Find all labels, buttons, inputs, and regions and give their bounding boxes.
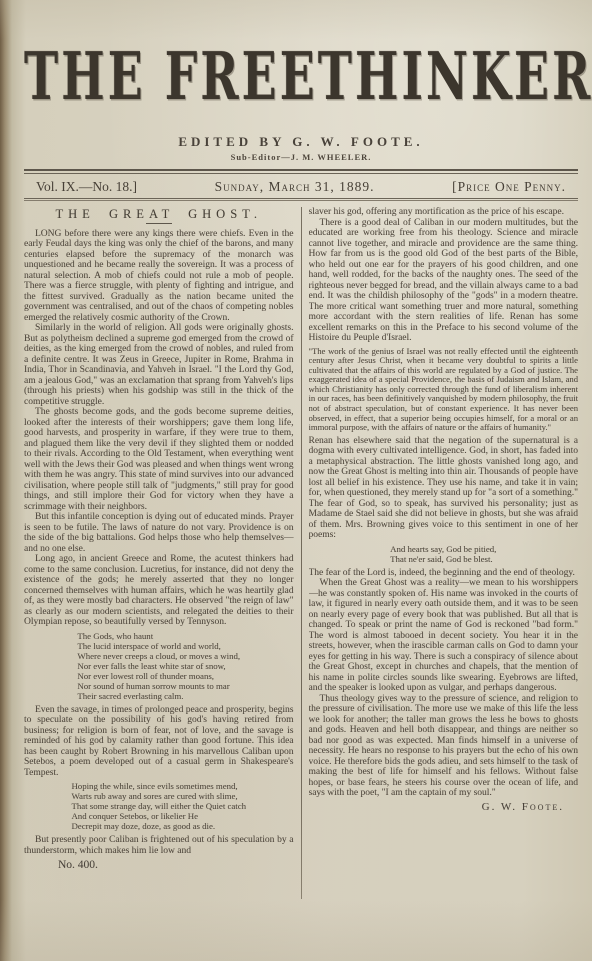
quote-renan: "The work of the genius of Israel was no… bbox=[309, 347, 579, 433]
verse-tennyson: The Gods, who haunt The lucid interspace… bbox=[77, 631, 240, 701]
issue-date: Sunday, March 31, 1889. bbox=[215, 179, 375, 195]
article-columns: THE GREAT GHOST. LONG before there were … bbox=[24, 207, 578, 899]
column-divider bbox=[301, 207, 302, 899]
paragraph: Thus theology gives way to the pressure … bbox=[309, 694, 579, 799]
paragraph: slaver his god, offering any mortificati… bbox=[309, 207, 579, 218]
column-right: slaver his god, offering any mortificati… bbox=[309, 207, 579, 899]
paragraph: When the Great Ghost was a reality—we me… bbox=[309, 578, 579, 694]
article-title: THE GREAT GHOST. bbox=[24, 209, 294, 220]
verse-browning-poem: And hearts say, God be pitied, That ne'e… bbox=[390, 544, 496, 564]
masthead: THE FREETHINKER EDITED BY G. W. FOOTE. S… bbox=[24, 36, 578, 174]
page-footer-number: No. 400. bbox=[58, 860, 294, 871]
issue-price: [Price One Penny. bbox=[452, 179, 566, 195]
edited-by-line: EDITED BY G. W. FOOTE. bbox=[24, 134, 578, 150]
paragraph: Renan has elsewhere said that the negati… bbox=[309, 436, 579, 541]
newspaper-page: THE FREETHINKER EDITED BY G. W. FOOTE. S… bbox=[0, 0, 592, 961]
column-left: THE GREAT GHOST. LONG before there were … bbox=[24, 207, 294, 899]
article-signature: G. W. Foote. bbox=[309, 802, 579, 813]
paragraph: The ghosts become gods, and the gods bec… bbox=[24, 407, 294, 512]
paragraph: But this infantile conception is dying o… bbox=[24, 512, 294, 554]
paragraph: Long ago, in ancient Greece and Rome, th… bbox=[24, 554, 294, 628]
paragraph: But presently poor Caliban is frightened… bbox=[24, 835, 294, 856]
paragraph: The fear of the Lord is, indeed, the beg… bbox=[309, 568, 579, 579]
paragraph: Similarly in the world of religion. All … bbox=[24, 323, 294, 407]
paragraph: LONG before there were any kings there w… bbox=[24, 229, 294, 324]
issue-volume: Vol. IX.—No. 18.] bbox=[36, 179, 137, 195]
issue-line: Vol. IX.—No. 18.] Sunday, March 31, 1889… bbox=[24, 174, 578, 198]
sub-editor-line: Sub-Editor—J. M. WHEELER. bbox=[24, 152, 578, 162]
paragraph: Even the savage, in times of prolonged p… bbox=[24, 705, 294, 779]
paper-title: THE FREETHINKER bbox=[24, 38, 592, 115]
paragraph: There is a good deal of Caliban in our m… bbox=[309, 218, 579, 344]
page-content: THE FREETHINKER EDITED BY G. W. FOOTE. S… bbox=[24, 36, 578, 899]
verse-browning-caliban: Hoping the while, since evils sometimes … bbox=[71, 781, 246, 831]
issue-rule bbox=[24, 198, 578, 201]
article-title-rule bbox=[146, 223, 172, 224]
